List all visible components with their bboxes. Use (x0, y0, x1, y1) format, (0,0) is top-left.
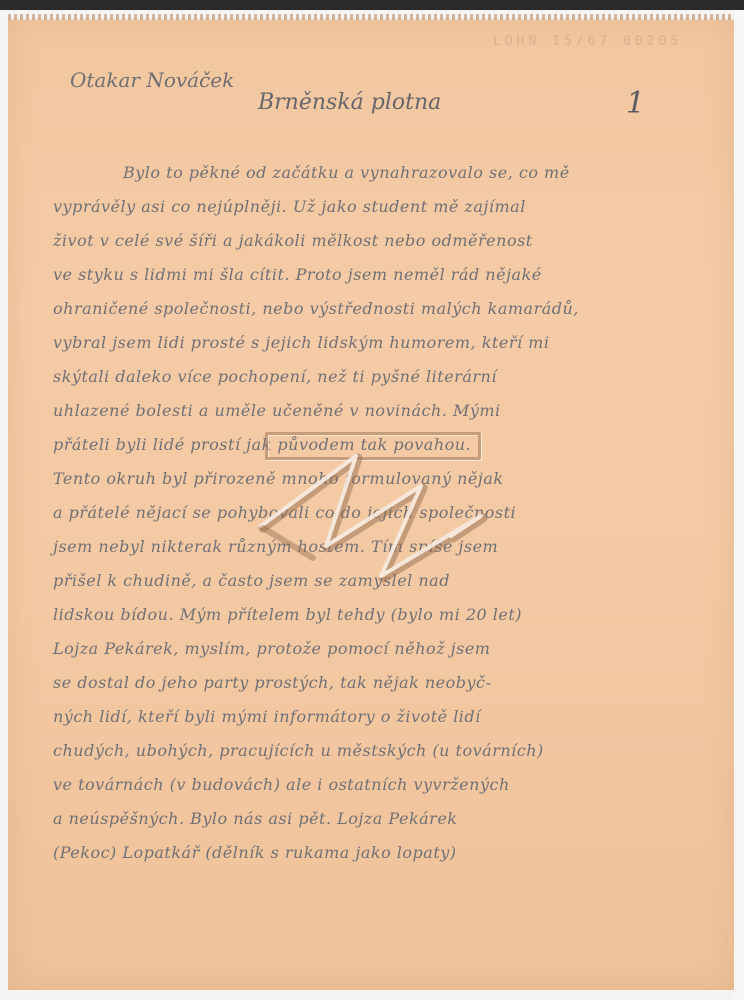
text-line: přišel k chudině, a často jsem se zamysl… (53, 564, 713, 598)
text-line: Tento okruh byl přirozeně mnoho formulov… (53, 462, 713, 496)
page-number: 1 (626, 86, 645, 121)
handwritten-text: Bylo to pěkné od začátku a vynahrazovalo… (53, 156, 713, 870)
author-name: Otakar Nováček (70, 68, 234, 92)
text-line: život v celé své šíři a jakákoli mělkost… (53, 224, 713, 258)
text-line: přáteli byli lidé prostí jak původem tak… (53, 428, 713, 462)
text-line: uhlazené bolesti a uměle učeněné v novin… (53, 394, 713, 428)
document-title: Brněnská plotna (258, 90, 441, 115)
text-line: lidskou bídou. Mým přítelem byl tehdy (b… (53, 598, 713, 632)
text-line: ve styku s lidmi mi šla cítit. Proto jse… (53, 258, 713, 292)
manuscript-page: LOHN 15/67 00205 Otakar Nováček Brněnská… (8, 18, 734, 990)
scanner-right-margin (734, 10, 744, 1000)
text-line: ve továrnách (v budovách) ale i ostatníc… (53, 768, 713, 802)
text-line: a neúspěšných. Bylo nás asi pět. Lojza P… (53, 802, 713, 836)
text-line: a přátelé nějací se pohybovali co do jej… (53, 496, 713, 530)
text-line: se dostal do jeho party prostých, tak ně… (53, 666, 713, 700)
text-line: skýtali daleko více pochopení, než ti py… (53, 360, 713, 394)
archive-stamp: LOHN 15/67 00205 (493, 34, 682, 49)
text-line: Lojza Pekárek, myslím, protože pomocí ně… (53, 632, 713, 666)
scanner-top-bar (0, 0, 744, 10)
text-line: ných lidí, kteří byli mými informátory o… (53, 700, 713, 734)
text-line: vyprávěly asi co nejúplněji. Už jako stu… (53, 190, 713, 224)
text-line: jsem nebyl nikterak různým hostem. Tím s… (53, 530, 713, 564)
text-line: vybral jsem lidi prosté s jejich lidským… (53, 326, 713, 360)
text-line: chudých, ubohých, pracujících u městskýc… (53, 734, 713, 768)
text-line: Bylo to pěkné od začátku a vynahrazovalo… (53, 156, 713, 190)
text-line: (Pekoc) Lopatkář (dělník s rukama jako l… (53, 836, 713, 870)
text-line: ohraničené společnosti, nebo výstřednost… (53, 292, 713, 326)
